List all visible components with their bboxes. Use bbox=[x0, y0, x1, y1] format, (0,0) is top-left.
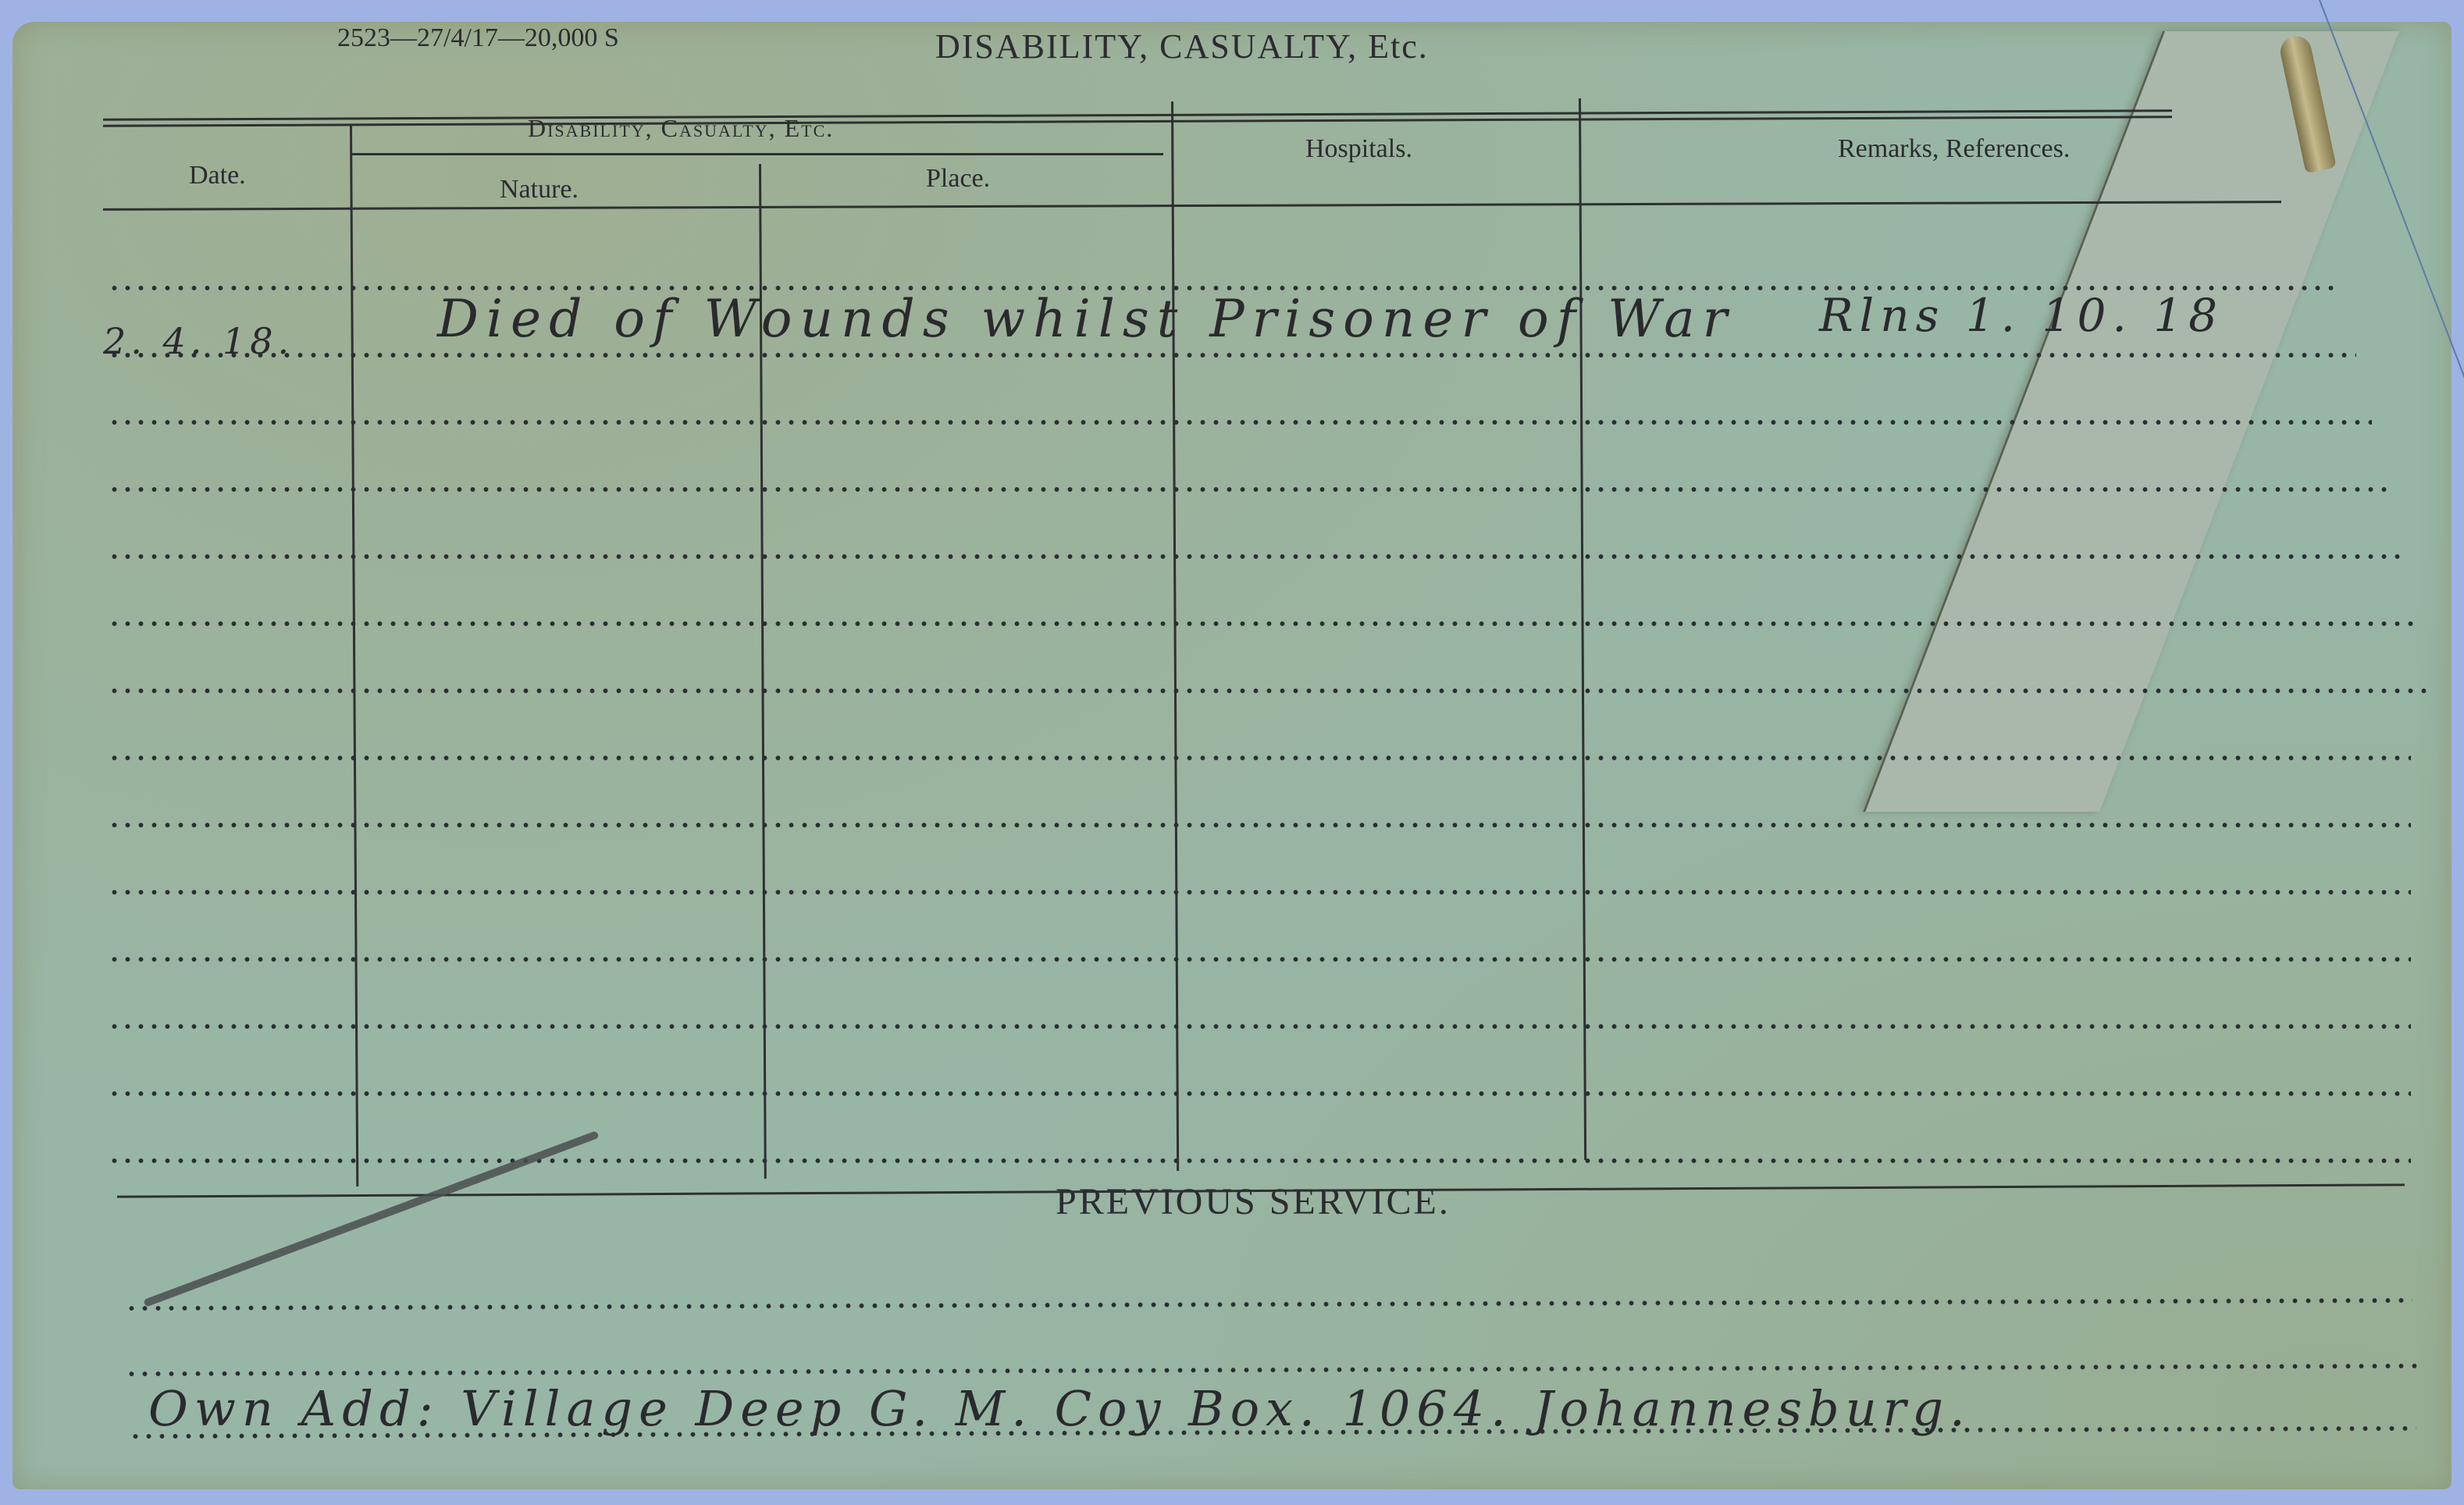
card-title: DISABILITY, CASUALTY, Etc. bbox=[935, 27, 1429, 66]
column-header-hospitals: Hospitals. bbox=[1305, 134, 1412, 164]
entry-date: 2. 4. 18. bbox=[103, 320, 294, 362]
entry-remarks: Rlns 1. 10. 18 bbox=[1819, 289, 2224, 342]
ruled-row bbox=[108, 756, 2411, 760]
ruled-row bbox=[108, 957, 2411, 962]
ruled-row bbox=[108, 420, 2372, 425]
ruled-row bbox=[108, 554, 2403, 559]
column-header-place: Place. bbox=[926, 164, 990, 194]
ruled-row bbox=[108, 1158, 2411, 1163]
ruled-row bbox=[108, 621, 2419, 626]
ruled-row bbox=[108, 487, 2387, 492]
ruled-row bbox=[108, 688, 2434, 693]
entry-nature: Died of Wounds whilst Prisoner of War bbox=[437, 289, 1735, 349]
group-header-rule bbox=[351, 153, 1163, 155]
ruled-row bbox=[108, 823, 2411, 827]
ruled-row bbox=[108, 890, 2411, 895]
previous-service-note: Own Add: Village Deep G. M. Coy Box. 106… bbox=[148, 1380, 1971, 1437]
previous-service-heading: PREVIOUS SERVICE. bbox=[1056, 1180, 1451, 1223]
ruled-row bbox=[108, 353, 2356, 358]
column-header-nature: Nature. bbox=[500, 175, 579, 205]
ruled-row bbox=[108, 1091, 2411, 1096]
column-header-remarks: Remarks, References. bbox=[1838, 134, 2070, 164]
column-group-header: Disability, Casualty, Etc. bbox=[528, 114, 834, 143]
column-header-date: Date. bbox=[189, 161, 246, 190]
ruled-row bbox=[108, 1024, 2411, 1029]
print-code: 2523—27/4/17—20,000 S bbox=[337, 23, 619, 53]
